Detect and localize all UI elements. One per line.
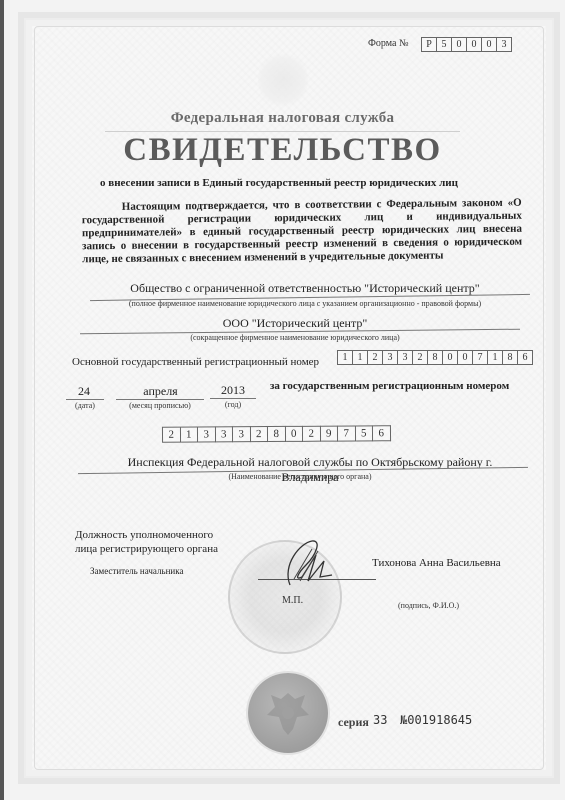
officer-label-line1: Должность уполномоченного <box>75 528 218 542</box>
authority-caption: (Наименование регистрирующего органа) <box>150 472 450 481</box>
grn-label: за государственным регистрационным номер… <box>270 380 509 392</box>
ogrn-digit: 0 <box>458 350 473 365</box>
year-underline <box>210 398 256 399</box>
ogrn-digit: 8 <box>503 350 518 365</box>
stamp-place-label: М.П. <box>282 595 303 606</box>
ogrn-digit: 1 <box>337 350 353 365</box>
certification-text: Настоящим подтверждается, что в соответс… <box>82 197 523 267</box>
form-number-label: Форма № <box>368 38 409 49</box>
registration-day: 24 <box>68 384 100 399</box>
officer-label-line2: лица регистрирующего органа <box>75 542 218 556</box>
ogrn-digit: 3 <box>383 350 398 365</box>
ogrn-digit: 7 <box>473 350 488 365</box>
ogrn-digit: 1 <box>353 350 368 365</box>
entity-short-name: ООО "Исторический центр" <box>120 316 470 331</box>
officer-position: Заместитель начальника <box>90 566 183 576</box>
document-subtitle: о внесении записи в Единый государственн… <box>100 177 530 189</box>
year-caption: (год) <box>210 400 256 409</box>
document-title: СВИДЕТЕЛЬСТВО <box>0 132 565 169</box>
series-label: серия <box>338 715 369 730</box>
day-caption: (дата) <box>62 401 108 410</box>
grn-digit: 1 <box>180 427 198 443</box>
grn-digit: 8 <box>268 426 286 442</box>
blank-serial-number: №001918645 <box>400 713 472 727</box>
signature-caption: (подпись, Ф.И.О.) <box>398 601 459 610</box>
ogrn-cells: 1 1 2 3 3 2 8 0 0 7 1 8 6 <box>337 350 533 365</box>
ogrn-label: Основной государственный регистрационный… <box>72 356 319 368</box>
series-number: 33 <box>373 713 387 727</box>
grn-digit: 3 <box>233 426 251 442</box>
month-caption: (месяц прописью) <box>112 401 208 410</box>
grn-digit: 9 <box>320 426 338 442</box>
month-underline <box>116 399 204 400</box>
form-code-cell: Р <box>421 37 437 52</box>
form-code-cell: 0 <box>467 37 482 52</box>
ogrn-digit: 1 <box>488 350 503 365</box>
ogrn-digit: 6 <box>518 350 533 365</box>
ogrn-digit: 8 <box>428 350 443 365</box>
registration-month: апреля <box>118 384 203 399</box>
grn-digit: 5 <box>355 425 373 441</box>
signature-icon <box>272 535 342 595</box>
form-code-cell: 0 <box>482 37 497 52</box>
entity-full-name: Общество с ограниченной ответственностью… <box>100 281 510 296</box>
day-underline <box>66 399 104 400</box>
ogrn-digit: 2 <box>368 350 383 365</box>
grn-digit: 2 <box>250 426 268 442</box>
signer-name: Тихонова Анна Васильевна <box>372 557 501 569</box>
ogrn-digit: 0 <box>443 350 458 365</box>
coat-of-arms-watermark-icon <box>258 50 308 110</box>
full-name-caption: (полное фирменное наименование юридическ… <box>85 299 525 308</box>
form-number-cells: Р 5 0 0 0 3 <box>421 37 512 52</box>
form-code-cell: 3 <box>497 37 512 52</box>
ogrn-digit: 3 <box>398 350 413 365</box>
agency-name: Федеральная налоговая служба <box>0 110 565 127</box>
grn-digit: 2 <box>303 426 321 442</box>
form-code-cell: 0 <box>452 37 467 52</box>
grn-digit: 3 <box>215 426 233 442</box>
grn-digit: 0 <box>285 426 303 442</box>
officer-label: Должность уполномоченного лица регистрир… <box>75 528 218 556</box>
ogrn-digit: 2 <box>413 350 428 365</box>
registration-year: 2013 <box>212 383 254 398</box>
grn-digit: 7 <box>338 425 356 441</box>
grn-digit: 6 <box>373 425 391 441</box>
short-name-caption: (сокращенное фирменное наименование юрид… <box>120 333 470 342</box>
form-code-cell: 5 <box>437 37 452 52</box>
grn-digit: 3 <box>198 426 216 442</box>
hologram-emblem-icon <box>248 673 328 753</box>
grn-digit: 2 <box>162 427 181 443</box>
grn-cells: 2 1 3 3 3 2 8 0 2 9 7 5 6 <box>162 425 391 443</box>
